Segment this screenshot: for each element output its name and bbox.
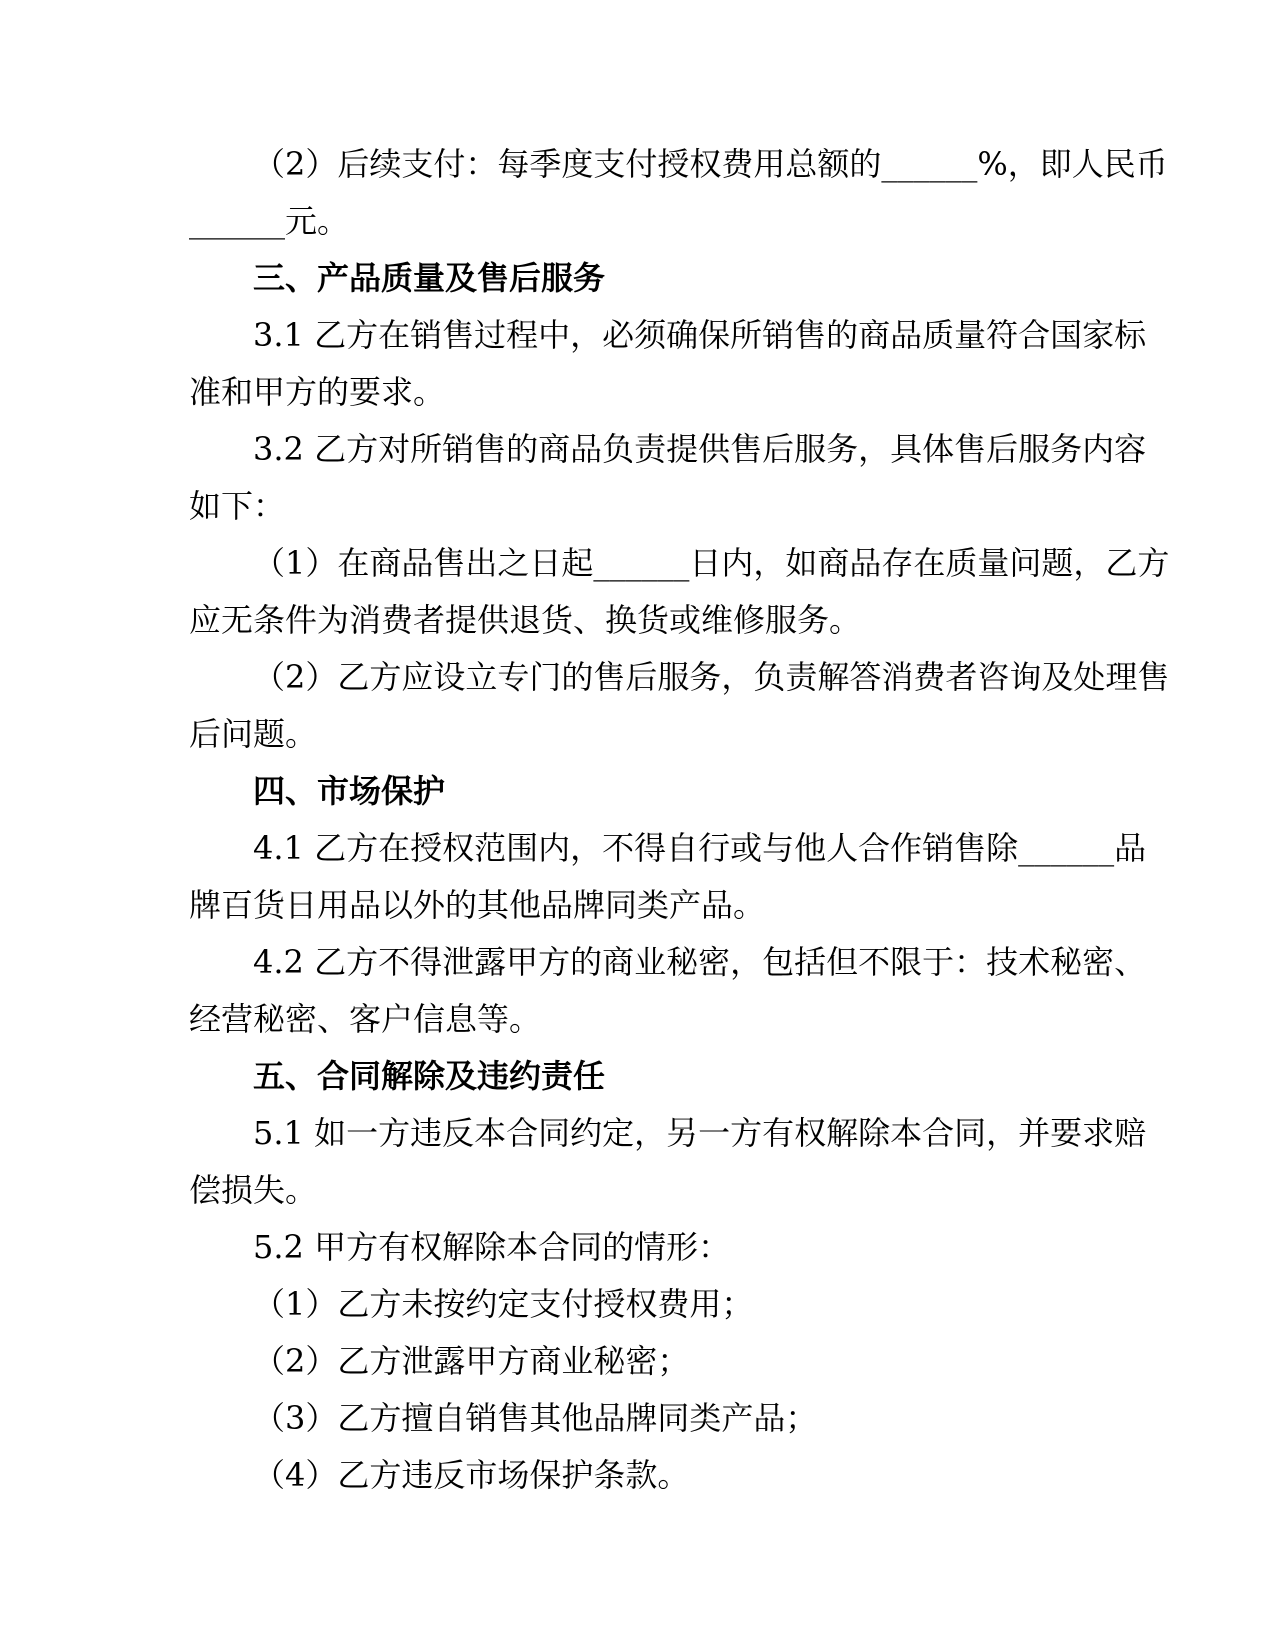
section-heading: 五、合同解除及违约责任 — [189, 1048, 1065, 1105]
text-line: 3.2 乙方对所销售的商品负责提供售后服务，具体售后服务内容 — [189, 421, 1065, 478]
text-line: 3.1 乙方在销售过程中，必须确保所销售的商品质量符合国家标 — [189, 307, 1065, 364]
section-heading: 四、市场保护 — [189, 763, 1065, 820]
document-page: （2）后续支付：每季度支付授权费用总额的______%，即人民币______元。… — [0, 0, 1275, 1650]
text-line: 经营秘密、客户信息等。 — [189, 991, 1065, 1048]
text-line: （3）乙方擅自销售其他品牌同类产品； — [189, 1390, 1065, 1447]
text-line: 牌百货日用品以外的其他品牌同类产品。 — [189, 877, 1065, 934]
text-line: （2）乙方应设立专门的售后服务，负责解答消费者咨询及处理售 — [189, 649, 1065, 706]
contract-text: （2）后续支付：每季度支付授权费用总额的______%，即人民币______元。… — [189, 136, 1065, 1504]
text-line: （2）乙方泄露甲方商业秘密； — [189, 1333, 1065, 1390]
text-line: 偿损失。 — [189, 1162, 1065, 1219]
text-line: 如下： — [189, 478, 1065, 535]
text-line: 准和甲方的要求。 — [189, 364, 1065, 421]
text-line: （2）后续支付：每季度支付授权费用总额的______%，即人民币 — [189, 136, 1065, 193]
text-line: （1）乙方未按约定支付授权费用； — [189, 1276, 1065, 1333]
text-line: 应无条件为消费者提供退货、换货或维修服务。 — [189, 592, 1065, 649]
text-line: 4.2 乙方不得泄露甲方的商业秘密，包括但不限于：技术秘密、 — [189, 934, 1065, 991]
section-heading: 三、产品质量及售后服务 — [189, 250, 1065, 307]
text-line: （1）在商品售出之日起______日内，如商品存在质量问题，乙方 — [189, 535, 1065, 592]
text-line: 后问题。 — [189, 706, 1065, 763]
text-line: 5.1 如一方违反本合同约定，另一方有权解除本合同，并要求赔 — [189, 1105, 1065, 1162]
text-line: （4）乙方违反市场保护条款。 — [189, 1447, 1065, 1504]
text-line: 4.1 乙方在授权范围内，不得自行或与他人合作销售除______品 — [189, 820, 1065, 877]
text-line: 5.2 甲方有权解除本合同的情形： — [189, 1219, 1065, 1276]
text-line: ______元。 — [189, 193, 1065, 250]
